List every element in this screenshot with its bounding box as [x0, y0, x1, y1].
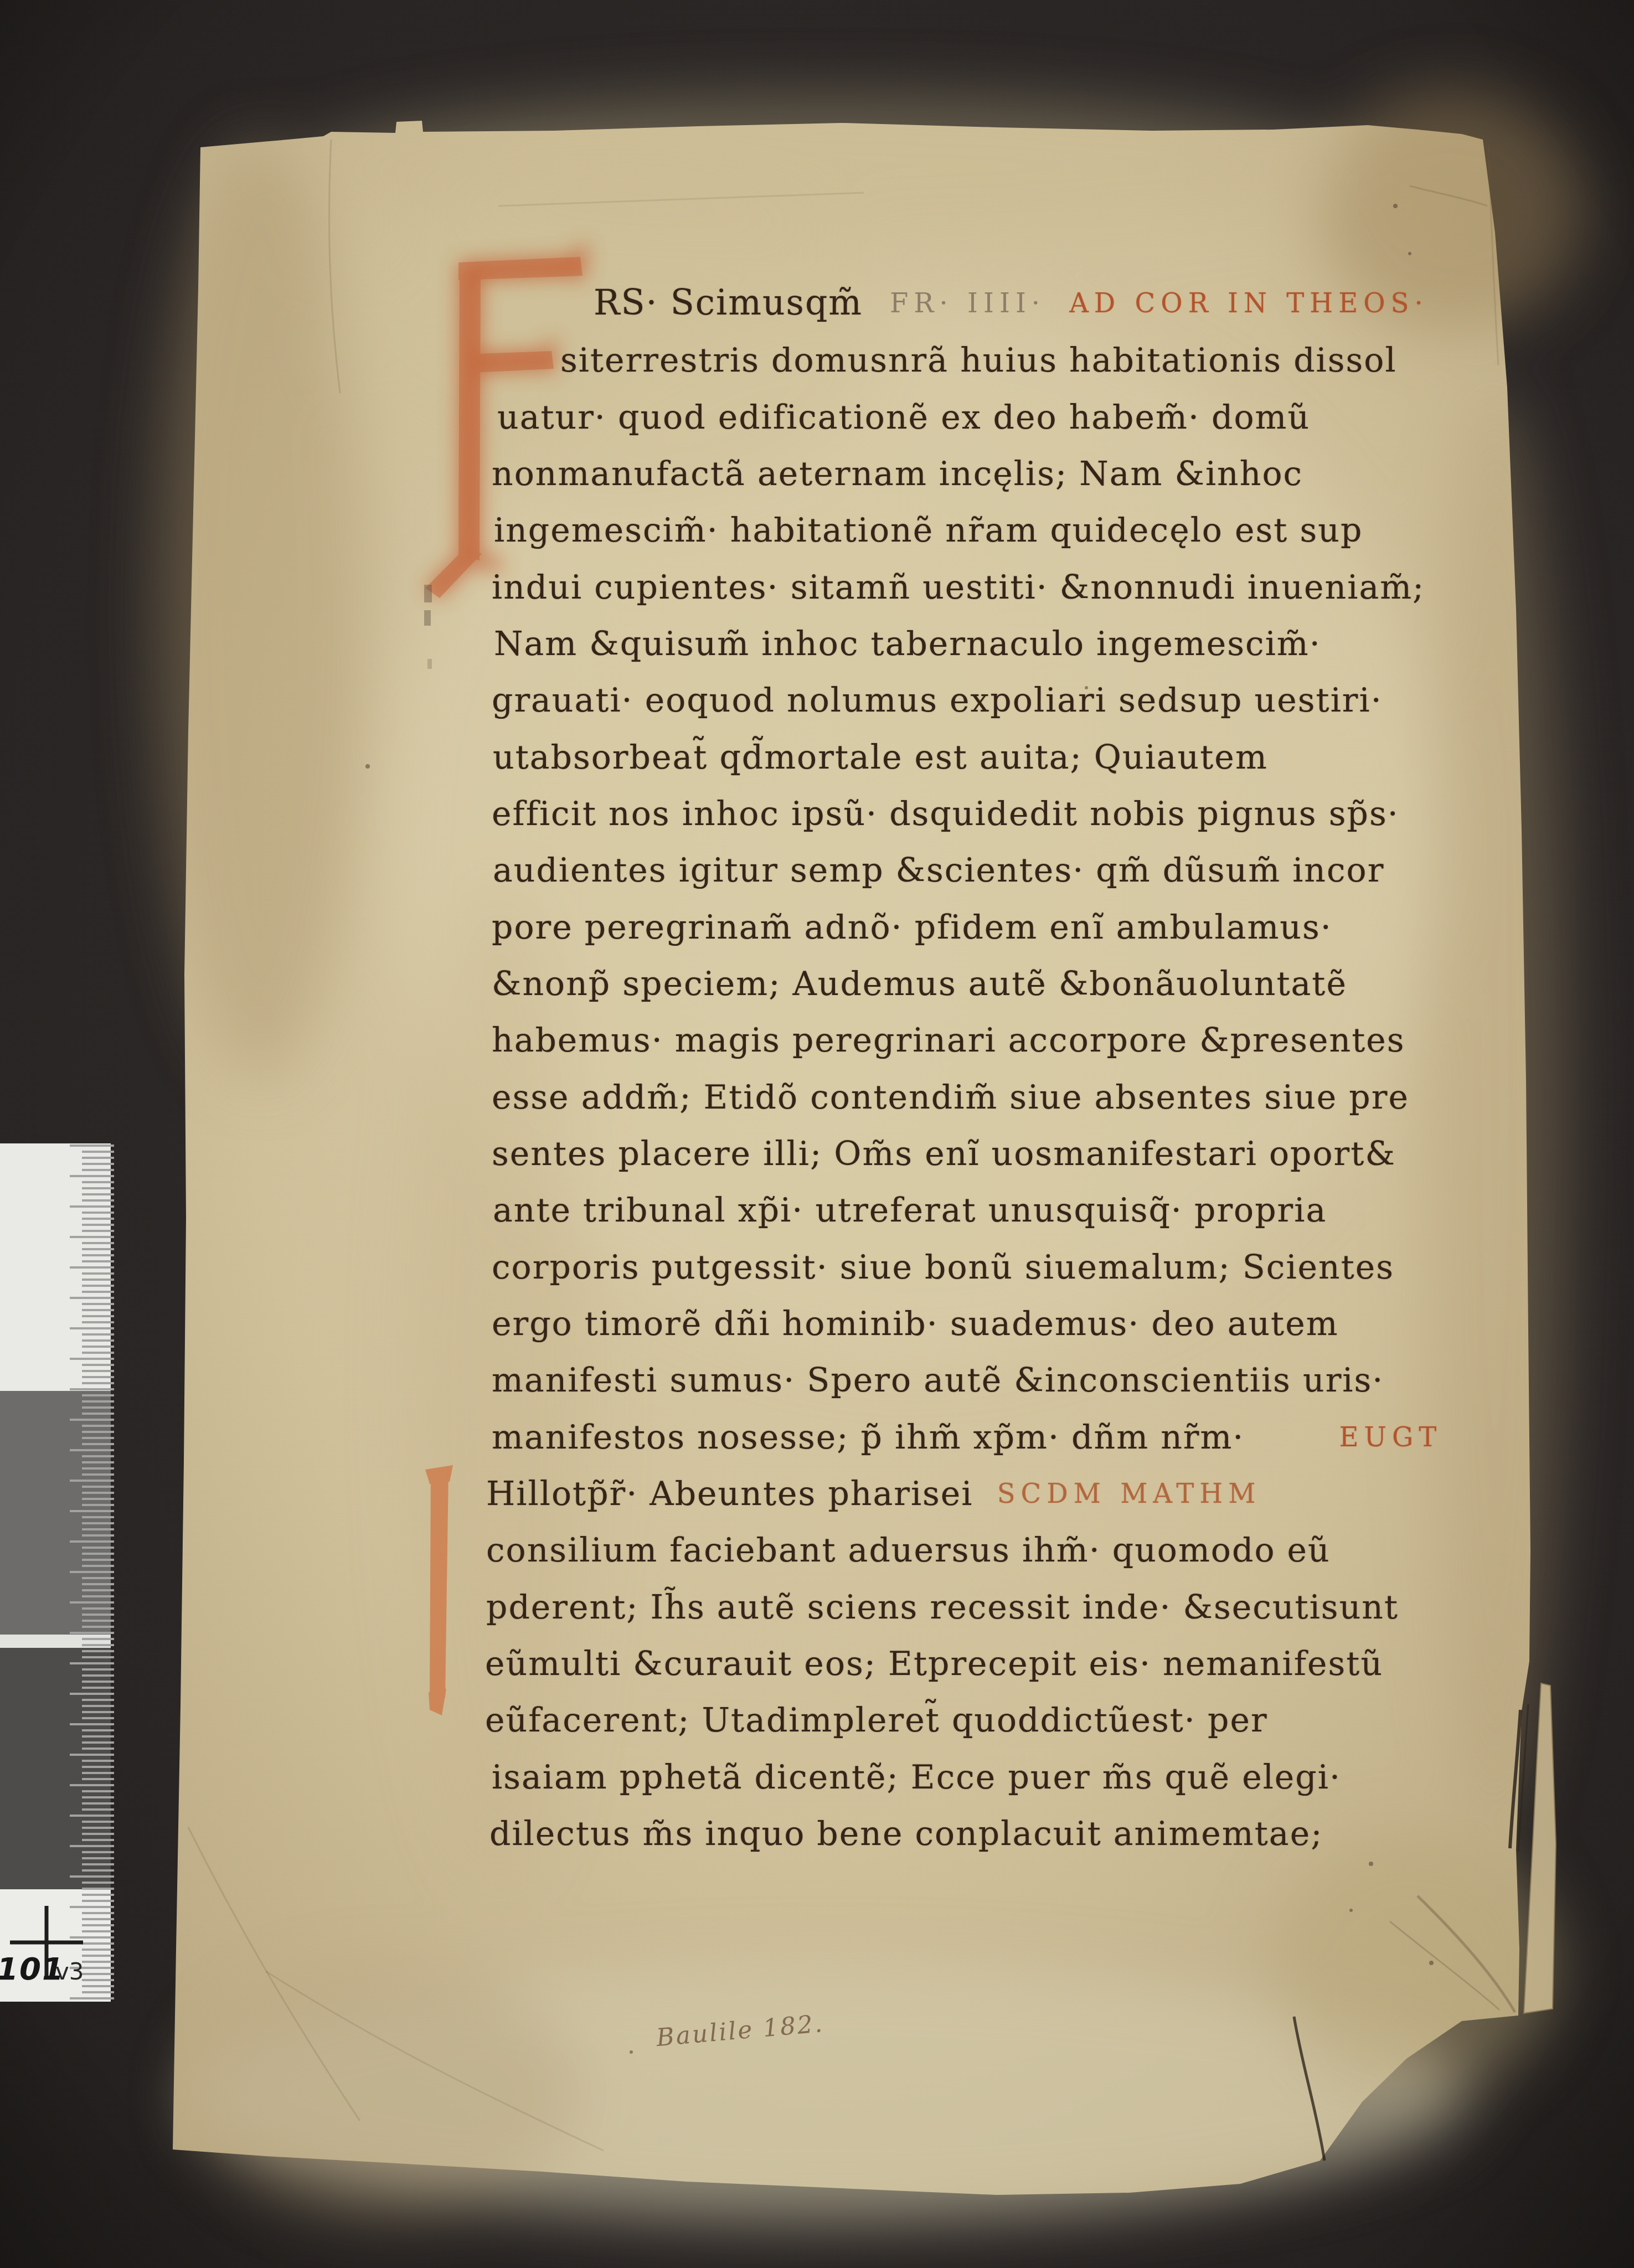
- manuscript-text-block: RS· Scimusqm̃ FR· IIII· AD COR IN THEOS·…: [0, 0, 1634, 2268]
- line-text: ergo timorẽ dñi hominib· suademus· deo a…: [492, 1305, 1339, 1343]
- line-text: Nam &quisum̃ inhoc tabernaculo ingemesci…: [494, 625, 1321, 663]
- text-line: pderent; Ih̃s autẽ sciens recessit inde·…: [486, 1588, 1399, 1627]
- line-text: grauati· eoquod nolumus expoliari sedsup…: [492, 681, 1383, 720]
- line-text: dilectus m̃s inquo bene conplacuit anime…: [489, 1815, 1323, 1853]
- text-line: corporis putgessit· siue bonũ siuemalum;…: [492, 1248, 1394, 1287]
- line-text: manifestos nosesse; p̃ ihm̃ xp̃m· dñm nr…: [492, 1418, 1244, 1457]
- line-text: uatur· quod edificationẽ ex deo habem̃· …: [497, 398, 1310, 437]
- line-text: audientes igitur semp &scientes· qm̃ dũs…: [493, 851, 1384, 890]
- text-line: RS· Scimusqm̃ FR· IIII· AD COR IN THEOS·: [594, 282, 1429, 323]
- line-text: ingemescim̃· habitationẽ nr̃am quidecęlo…: [494, 511, 1363, 550]
- text-line: siterrestris domusnrã huius habitationis…: [560, 341, 1397, 380]
- line-text: eũfacerent; Utadimpleret̃ quoddictũest· …: [485, 1701, 1268, 1740]
- text-line: sentes placere illi; Om̃s enĩ uosmanifes…: [492, 1135, 1396, 1173]
- incipit-text: RS· Scimusqm̃: [594, 282, 863, 323]
- line-text: ante tribunal xp̃i· utreferat unusquisq̃…: [493, 1191, 1327, 1230]
- text-line: habemus· magis peregrinari accorpore &pr…: [492, 1021, 1405, 1060]
- text-line: manifesti sumus· Spero autẽ &inconscient…: [492, 1361, 1384, 1400]
- line-text: &nonp̃ speciem; Audemus autẽ &bonãuolunt…: [492, 965, 1347, 1003]
- line-text: esse addm̃; Etidõ contendim̃ siue absent…: [492, 1078, 1409, 1117]
- line-text: Hillotp̃r̃· Abeuntes pharisei: [486, 1475, 973, 1513]
- rubric-title-ad-corinthios: AD COR IN THEOS·: [1069, 288, 1429, 319]
- text-line: audientes igitur semp &scientes· qm̃ dũs…: [493, 851, 1384, 890]
- handwritten-note: Baulile 182.: [655, 2009, 824, 2052]
- rubric-secundum-mattheum: SCDM MATHM: [997, 1478, 1261, 1509]
- text-line: indui cupientes· sitamñ uestiti· &nonnud…: [492, 568, 1425, 607]
- line-text: nonmanufactã aeternam incęlis; Nam &inho…: [492, 455, 1303, 493]
- line-text: efficit nos inhoc ipsũ· dsquidedit nobis…: [492, 795, 1399, 833]
- folio-version-label: v3: [55, 1958, 84, 1985]
- text-line: ante tribunal xp̃i· utreferat unusquisq̃…: [493, 1191, 1327, 1230]
- text-line: utabsorbeat̃ qd̃mortale est auita; Quiau…: [493, 738, 1268, 777]
- text-line: eũmulti &curauit eos; Etprecepit eis· ne…: [485, 1645, 1383, 1683]
- text-line: manifestos nosesse; p̃ ihm̃ xp̃m· dñm nr…: [492, 1418, 1442, 1457]
- text-line: isaiam pphetã dicentẽ; Ecce puer m̃s quẽ…: [492, 1758, 1341, 1797]
- text-line: grauati· eoquod nolumus expoliari sedsup…: [492, 681, 1383, 720]
- text-line: &nonp̃ speciem; Audemus autẽ &bonãuolunt…: [492, 965, 1347, 1003]
- rubric-evangelium-mark: EUGT: [1339, 1422, 1442, 1453]
- line-text: habemus· magis peregrinari accorpore &pr…: [492, 1021, 1405, 1060]
- line-text: manifesti sumus· Spero autẽ &inconscient…: [492, 1361, 1384, 1400]
- text-line: Nam &quisum̃ inhoc tabernaculo ingemesci…: [494, 625, 1321, 663]
- text-line: ergo timorẽ dñi hominib· suademus· deo a…: [492, 1305, 1339, 1343]
- line-text: pore peregrinam̃ adnõ· pfidem enĩ ambula…: [492, 908, 1332, 947]
- line-text: corporis putgessit· siue bonũ siuemalum;…: [492, 1248, 1394, 1287]
- text-line: pore peregrinam̃ adnõ· pfidem enĩ ambula…: [492, 908, 1332, 947]
- text-line: Hillotp̃r̃· Abeuntes pharisei SCDM MATHM: [486, 1475, 1261, 1513]
- line-text: indui cupientes· sitamñ uestiti· &nonnud…: [492, 568, 1425, 607]
- line-text: sentes placere illi; Om̃s enĩ uosmanifes…: [492, 1135, 1396, 1173]
- line-text: utabsorbeat̃ qd̃mortale est auita; Quiau…: [493, 738, 1268, 777]
- text-line: eũfacerent; Utadimpleret̃ quoddictũest· …: [485, 1701, 1268, 1740]
- text-line: ingemescim̃· habitationẽ nr̃am quidecęlo…: [494, 511, 1363, 550]
- text-line: efficit nos inhoc ipsũ· dsquidedit nobis…: [492, 795, 1399, 833]
- line-text: eũmulti &curauit eos; Etprecepit eis· ne…: [485, 1645, 1383, 1683]
- text-line: uatur· quod edificationẽ ex deo habem̃· …: [497, 398, 1310, 437]
- rubric-faded-fr-iiii: FR· IIII·: [890, 288, 1045, 319]
- line-text: pderent; Ih̃s autẽ sciens recessit inde·…: [486, 1588, 1399, 1627]
- text-line: nonmanufactã aeternam incęlis; Nam &inho…: [492, 455, 1303, 493]
- line-text: consilium faciebant aduersus ihm̃· quomo…: [486, 1531, 1331, 1570]
- line-text: isaiam pphetã dicentẽ; Ecce puer m̃s quẽ…: [492, 1758, 1341, 1797]
- manuscript-photo-stage: RS· Scimusqm̃ FR· IIII· AD COR IN THEOS·…: [0, 0, 1634, 2268]
- text-line: dilectus m̃s inquo bene conplacuit anime…: [489, 1815, 1323, 1853]
- text-line: consilium faciebant aduersus ihm̃· quomo…: [486, 1531, 1331, 1570]
- ruler-ticks: [65, 1143, 116, 2003]
- text-line: esse addm̃; Etidõ contendim̃ siue absent…: [492, 1078, 1409, 1117]
- line-text: siterrestris domusnrã huius habitationis…: [560, 341, 1397, 380]
